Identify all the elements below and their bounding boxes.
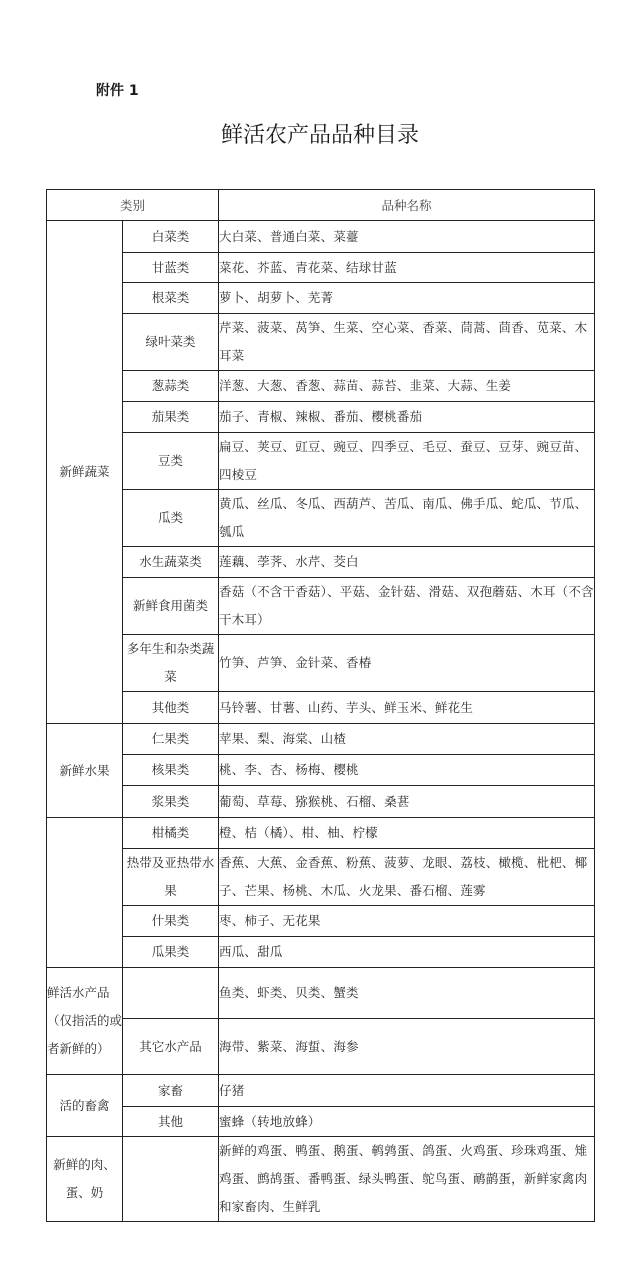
- subcategory: 甘蓝类: [123, 253, 219, 283]
- subcategory: 绿叶菜类: [123, 314, 219, 371]
- table-row: 豆类 扁豆、荚豆、豇豆、豌豆、四季豆、毛豆、蚕豆、豆芽、豌豆苗、四棱豆: [47, 433, 595, 490]
- category-meat-eggs-milk: 新鲜的肉、蛋、奶: [47, 1137, 123, 1222]
- attachment-label: 附件 1: [96, 80, 139, 100]
- subcategory: 仁果类: [123, 724, 219, 755]
- category-fresh-fruit: 新鲜水果: [47, 724, 123, 818]
- header-category: 类别: [47, 190, 219, 221]
- subcategory: 热带及亚热带水果: [123, 849, 219, 906]
- table-row: 多年生和杂类蔬菜 竹笋、芦笋、金针菜、香椿: [47, 635, 595, 692]
- table-row: 鲜活水产品（仅指活的或者新鲜的） 鱼类、虾类、贝类、蟹类: [47, 968, 595, 1019]
- varieties: 桃、李、杏、杨梅、樱桃: [219, 755, 595, 786]
- varieties: 茄子、青椒、辣椒、番茄、樱桃番茄: [219, 402, 595, 433]
- table-row: 浆果类 葡萄、草莓、猕猴桃、石榴、桑葚: [47, 786, 595, 818]
- subcategory: 柑橘类: [123, 818, 219, 849]
- subcategory: 瓜类: [123, 490, 219, 547]
- table-row: 葱蒜类 洋葱、大葱、香葱、蒜苗、蒜苔、韭菜、大蒜、生姜: [47, 371, 595, 402]
- subcategory: 家畜: [123, 1075, 219, 1107]
- table-row: 其它水产品 海带、紫菜、海蜇、海参: [47, 1019, 595, 1075]
- category-live-livestock: 活的畜禽: [47, 1075, 123, 1137]
- varieties: 萝卜、胡萝卜、芜菁: [219, 283, 595, 314]
- subcategory: 其它水产品: [123, 1019, 219, 1075]
- varieties: 芹菜、菠菜、莴笋、生菜、空心菜、香菜、茼蒿、茴香、苋菜、木耳菜: [219, 314, 595, 371]
- category-aquatic-products: 鲜活水产品（仅指活的或者新鲜的）: [47, 968, 123, 1075]
- varieties: 橙、桔（橘）、柑、柚、柠檬: [219, 818, 595, 849]
- subcategory: [123, 1137, 219, 1222]
- subcategory: 浆果类: [123, 786, 219, 818]
- subcategory: 其他类: [123, 692, 219, 724]
- varieties: 莲藕、荸荠、水芹、茭白: [219, 547, 595, 578]
- table-row: 瓜果类 西瓜、甜瓜: [47, 937, 595, 968]
- varieties: 扁豆、荚豆、豇豆、豌豆、四季豆、毛豆、蚕豆、豆芽、豌豆苗、四棱豆: [219, 433, 595, 490]
- table-header-row: 类别 品种名称: [47, 190, 595, 221]
- varieties: 马铃薯、甘薯、山药、芋头、鲜玉米、鲜花生: [219, 692, 595, 724]
- table-row: 甘蓝类 菜花、芥蓝、青花菜、结球甘蓝: [47, 253, 595, 283]
- subcategory: 瓜果类: [123, 937, 219, 968]
- category-fruit-continued: [47, 818, 123, 968]
- subcategory: 新鲜食用菌类: [123, 578, 219, 635]
- varieties: 菜花、芥蓝、青花菜、结球甘蓝: [219, 253, 595, 283]
- variety-catalog-table: 类别 品种名称 新鲜蔬菜 白菜类 大白菜、普通白菜、菜薹 甘蓝类 菜花、芥蓝、青…: [46, 189, 595, 1222]
- table-row: 新鲜食用菌类 香菇（不含干香菇）、平菇、金针菇、滑菇、双孢蘑菇、木耳（不含干木耳…: [47, 578, 595, 635]
- varieties: 洋葱、大葱、香葱、蒜苗、蒜苔、韭菜、大蒜、生姜: [219, 371, 595, 402]
- subcategory: 豆类: [123, 433, 219, 490]
- table-row: 根菜类 萝卜、胡萝卜、芜菁: [47, 283, 595, 314]
- varieties: 葡萄、草莓、猕猴桃、石榴、桑葚: [219, 786, 595, 818]
- table-row: 水生蔬菜类 莲藕、荸荠、水芹、茭白: [47, 547, 595, 578]
- varieties: 仔猪: [219, 1075, 595, 1107]
- table-row: 瓜类 黄瓜、丝瓜、冬瓜、西葫芦、苦瓜、南瓜、佛手瓜、蛇瓜、节瓜、瓠瓜: [47, 490, 595, 547]
- varieties: 黄瓜、丝瓜、冬瓜、西葫芦、苦瓜、南瓜、佛手瓜、蛇瓜、节瓜、瓠瓜: [219, 490, 595, 547]
- subcategory: 茄果类: [123, 402, 219, 433]
- subcategory: 什果类: [123, 906, 219, 937]
- varieties: 西瓜、甜瓜: [219, 937, 595, 968]
- subcategory: 核果类: [123, 755, 219, 786]
- subcategory: 根菜类: [123, 283, 219, 314]
- varieties: 枣、柿子、无花果: [219, 906, 595, 937]
- subcategory: 白菜类: [123, 221, 219, 253]
- category-fresh-vegetables: 新鲜蔬菜: [47, 221, 123, 724]
- subcategory: 多年生和杂类蔬菜: [123, 635, 219, 692]
- table-row: 其他类 马铃薯、甘薯、山药、芋头、鲜玉米、鲜花生: [47, 692, 595, 724]
- table-row: 新鲜水果 仁果类 苹果、梨、海棠、山楂: [47, 724, 595, 755]
- page-title: 鲜活农产品品种目录: [0, 118, 640, 149]
- varieties: 鱼类、虾类、贝类、蟹类: [219, 968, 595, 1019]
- varieties: 蜜蜂（转地放蜂）: [219, 1107, 595, 1137]
- table-row: 什果类 枣、柿子、无花果: [47, 906, 595, 937]
- varieties: 竹笋、芦笋、金针菜、香椿: [219, 635, 595, 692]
- table-row: 柑橘类 橙、桔（橘）、柑、柚、柠檬: [47, 818, 595, 849]
- table-row: 核果类 桃、李、杏、杨梅、樱桃: [47, 755, 595, 786]
- varieties: 香蕉、大蕉、金香蕉、粉蕉、菠萝、龙眼、荔枝、橄榄、枇杷、椰子、芒果、杨桃、木瓜、…: [219, 849, 595, 906]
- table-row: 新鲜的肉、蛋、奶 新鲜的鸡蛋、鸭蛋、鹅蛋、鹌鹑蛋、鸽蛋、火鸡蛋、珍珠鸡蛋、雉鸡蛋…: [47, 1137, 595, 1222]
- table-row: 其他 蜜蜂（转地放蜂）: [47, 1107, 595, 1137]
- subcategory: 其他: [123, 1107, 219, 1137]
- table-row: 新鲜蔬菜 白菜类 大白菜、普通白菜、菜薹: [47, 221, 595, 253]
- subcategory: 葱蒜类: [123, 371, 219, 402]
- varieties: 新鲜的鸡蛋、鸭蛋、鹅蛋、鹌鹑蛋、鸽蛋、火鸡蛋、珍珠鸡蛋、雉鸡蛋、鹧鸪蛋、番鸭蛋、…: [219, 1137, 595, 1222]
- header-varieties: 品种名称: [219, 190, 595, 221]
- varieties: 苹果、梨、海棠、山楂: [219, 724, 595, 755]
- table-row: 茄果类 茄子、青椒、辣椒、番茄、樱桃番茄: [47, 402, 595, 433]
- subcategory: 水生蔬菜类: [123, 547, 219, 578]
- table-row: 热带及亚热带水果 香蕉、大蕉、金香蕉、粉蕉、菠萝、龙眼、荔枝、橄榄、枇杷、椰子、…: [47, 849, 595, 906]
- table-row: 活的畜禽 家畜 仔猪: [47, 1075, 595, 1107]
- table-row: 绿叶菜类 芹菜、菠菜、莴笋、生菜、空心菜、香菜、茼蒿、茴香、苋菜、木耳菜: [47, 314, 595, 371]
- varieties: 海带、紫菜、海蜇、海参: [219, 1019, 595, 1075]
- varieties: 大白菜、普通白菜、菜薹: [219, 221, 595, 253]
- subcategory: [123, 968, 219, 1019]
- varieties: 香菇（不含干香菇）、平菇、金针菇、滑菇、双孢蘑菇、木耳（不含干木耳）: [219, 578, 595, 635]
